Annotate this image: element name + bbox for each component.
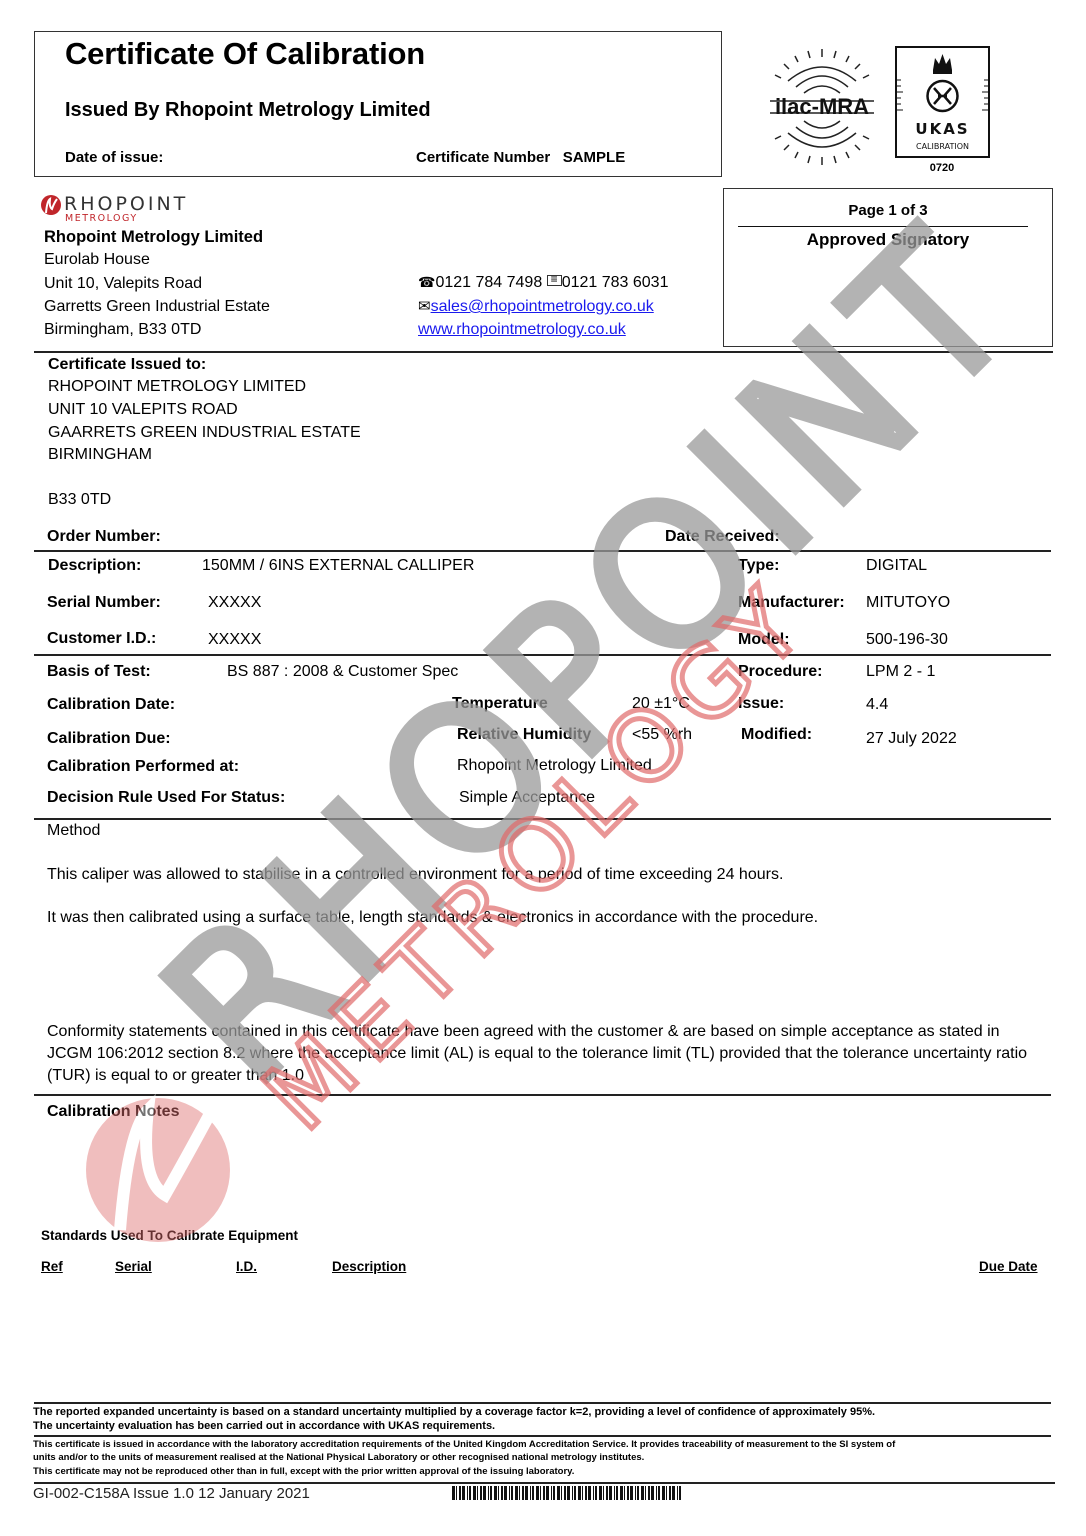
issuer-address-line: Unit 10, Valepits Road: [44, 275, 202, 293]
footer-divider: [34, 1402, 1051, 1404]
calibration-date-label: Calibration Date:: [47, 696, 175, 714]
form-reference: GI-002-C158A Issue 1.0 12 January 2021: [33, 1485, 310, 1502]
signatory-divider: [738, 226, 1028, 227]
performed-at-label: Calibration Performed at:: [47, 758, 239, 776]
envelope-icon: ✉: [418, 298, 431, 315]
ukas-crown-icon: UKAS CALIBRATION: [897, 48, 988, 156]
section-divider: [34, 654, 1051, 656]
standards-col-serial: Serial: [115, 1259, 152, 1274]
issued-by: Issued By Rhopoint Metrology Limited: [65, 99, 431, 122]
certificate-number: Certificate Number SAMPLE: [416, 149, 625, 166]
issued-to-line: RHOPOINT METROLOGY LIMITED: [48, 378, 306, 396]
procedure-value: LPM 2 - 1: [866, 663, 935, 681]
issue-value: 4.4: [866, 696, 888, 714]
date-received-label: Date Received:: [665, 528, 780, 546]
uncertainty-statement: The reported expanded uncertainty is bas…: [33, 1406, 875, 1418]
decision-rule-label: Decision Rule Used For Status:: [47, 789, 285, 807]
issuer-address-line: Garretts Green Industrial Estate: [44, 298, 270, 316]
relative-humidity-label: Relative Humidity: [457, 726, 591, 744]
footer-divider: [34, 1435, 1051, 1437]
barcode-icon: [452, 1486, 684, 1500]
standards-col-description: Description: [332, 1259, 406, 1274]
basis-of-test-label: Basis of Test:: [47, 663, 151, 681]
footer-divider: [34, 1482, 1055, 1484]
certificate-number-value: SAMPLE: [563, 149, 626, 166]
email-link[interactable]: sales@rhopointmetrology.co.uk: [431, 298, 654, 315]
ukas-logo: UKAS CALIBRATION: [895, 46, 990, 158]
description-label: Description:: [48, 557, 141, 575]
section-divider: [34, 550, 1051, 552]
order-number-label: Order Number:: [47, 528, 161, 546]
performed-at-value: Rhopoint Metrology Limited: [457, 757, 652, 775]
modified-value: 27 July 2022: [866, 730, 957, 748]
issued-to-label: Certificate Issued to:: [48, 356, 206, 374]
uncertainty-statement: The uncertainty evaluation has been carr…: [33, 1420, 495, 1432]
procedure-label: Procedure:: [738, 663, 822, 681]
issued-to-line: BIRMINGHAM: [48, 446, 152, 464]
method-paragraph: It was then calibrated using a surface t…: [47, 909, 818, 927]
type-value: DIGITAL: [866, 557, 927, 575]
calibration-due-label: Calibration Due:: [47, 730, 171, 748]
customer-id-label: Customer I.D.:: [47, 630, 156, 648]
method-paragraph: This caliper was allowed to stabilise in…: [47, 866, 783, 884]
section-divider: [34, 351, 1053, 353]
email-line: ✉sales@rhopointmetrology.co.uk: [418, 297, 654, 316]
decision-rule-value: Simple Acceptance: [459, 789, 595, 807]
svg-text:CALIBRATION: CALIBRATION: [916, 142, 969, 151]
telephone-icon: ☎: [418, 274, 435, 290]
model-label: Model:: [738, 631, 790, 649]
svg-text:UKAS: UKAS: [915, 120, 969, 138]
section-divider: [34, 818, 1051, 820]
phone-fax-line: ☎0121 784 7498 ≡0121 783 6031: [418, 274, 668, 292]
issued-to-line: B33 0TD: [48, 491, 111, 509]
certificate-title: Certificate Of Calibration: [65, 36, 425, 72]
ilac-mra-logo-icon: ilac-MRA: [758, 43, 886, 171]
rhopoint-logo: RHOPOINT METROLOGY: [40, 193, 270, 223]
accreditation-statement: This certificate is issued in accordance…: [33, 1439, 895, 1450]
temperature-label: Temperature: [452, 695, 548, 713]
standards-col-id: I.D.: [236, 1259, 257, 1274]
standards-col-ref: Ref: [41, 1259, 63, 1274]
manufacturer-label: Manufacturer:: [738, 594, 845, 612]
reproduction-statement: This certificate may not be reproduced o…: [33, 1466, 574, 1477]
method-label: Method: [47, 822, 100, 840]
standards-col-due-date: Due Date: [979, 1259, 1038, 1274]
svg-text:ilac-MRA: ilac-MRA: [775, 94, 869, 119]
svg-text:METROLOGY: METROLOGY: [65, 213, 138, 223]
fax-number: 0121 783 6031: [562, 274, 669, 291]
issuer-address-line: Eurolab House: [44, 251, 150, 269]
section-divider: [34, 1094, 1051, 1096]
approved-signatory-label: Approved Signatory: [723, 230, 1053, 250]
phone-number: 0121 784 7498: [435, 274, 542, 291]
model-value: 500-196-30: [866, 631, 948, 649]
serial-number-value: XXXXX: [208, 594, 261, 612]
type-label: Type:: [738, 557, 779, 575]
accreditation-statement: units and/or to the units of measurement…: [33, 1452, 644, 1463]
relative-humidity-value: <55 %rh: [632, 726, 692, 744]
serial-number-label: Serial Number:: [47, 594, 161, 612]
description-value: 150MM / 6INS EXTERNAL CALLIPER: [202, 557, 474, 575]
website-line: www.rhopointmetrology.co.uk: [418, 321, 626, 339]
manufacturer-value: MITUTOYO: [866, 594, 950, 612]
standards-title: Standards Used To Calibrate Equipment: [41, 1228, 298, 1243]
basis-of-test-value: BS 887 : 2008 & Customer Spec: [227, 663, 458, 681]
certificate-number-label: Certificate Number: [416, 149, 550, 166]
issue-label: Issue:: [738, 695, 784, 713]
fax-icon: ≡: [547, 275, 562, 286]
conformity-statement: Conformity statements contained in this …: [47, 1021, 1047, 1087]
website-link[interactable]: www.rhopointmetrology.co.uk: [418, 321, 626, 338]
temperature-value: 20 ±1°C: [632, 695, 690, 713]
customer-id-value: XXXXX: [208, 631, 261, 649]
calibration-notes-label: Calibration Notes: [47, 1103, 179, 1121]
svg-text:RHOPOINT: RHOPOINT: [64, 193, 188, 215]
issuer-name: Rhopoint Metrology Limited: [44, 228, 263, 247]
date-of-issue-label: Date of issue:: [65, 149, 163, 166]
page-indicator: Page 1 of 3: [723, 202, 1053, 219]
modified-label: Modified:: [741, 726, 812, 744]
issued-to-line: UNIT 10 VALEPITS ROAD: [48, 401, 238, 419]
issuer-address-line: Birmingham, B33 0TD: [44, 321, 201, 339]
issued-to-line: GAARRETS GREEN INDUSTRIAL ESTATE: [48, 424, 361, 442]
ukas-lab-number: 0720: [922, 162, 962, 174]
